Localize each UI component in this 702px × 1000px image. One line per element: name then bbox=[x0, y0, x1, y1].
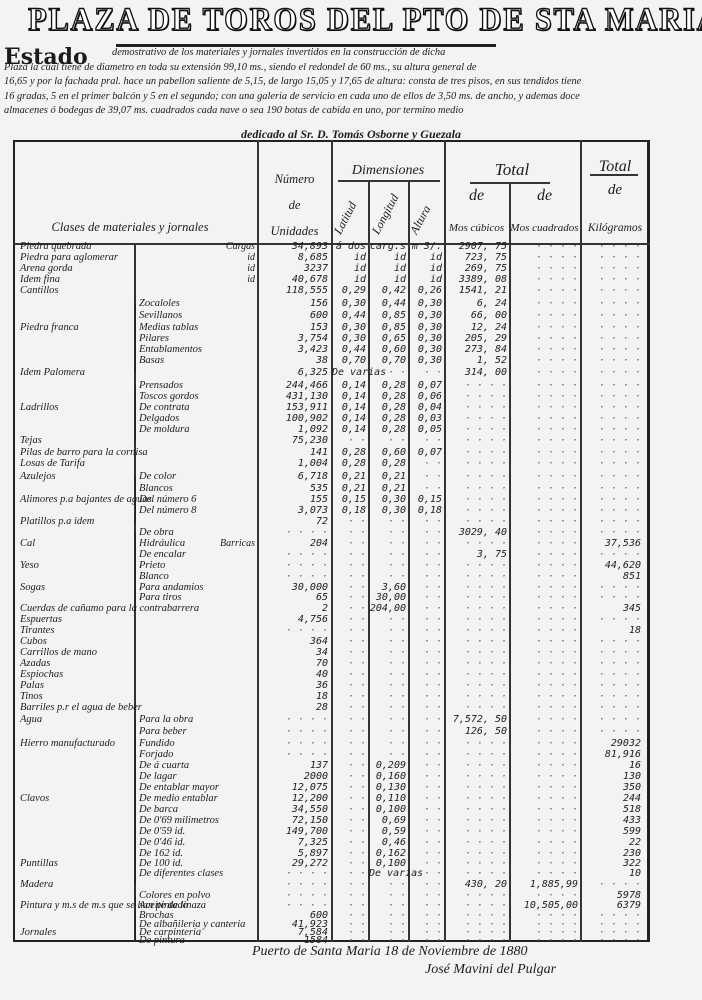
cell-alt: · · bbox=[409, 726, 442, 738]
cell-n: 118,555 bbox=[258, 285, 328, 297]
brace bbox=[135, 385, 136, 442]
cell-sub: De pintura bbox=[139, 935, 185, 947]
cell-lat: · · bbox=[332, 702, 366, 714]
header-de-cub: de bbox=[444, 187, 509, 205]
cell-alt: · · bbox=[409, 458, 442, 470]
cell-cub: · · · · bbox=[445, 471, 507, 483]
header-numero-line: Número bbox=[258, 166, 331, 192]
document-title: PLAZA DE TOROS DEL PTO DE STA MARIA bbox=[28, 2, 674, 39]
cell-alt: 0,30 bbox=[409, 298, 442, 310]
cell-lon: · · bbox=[369, 435, 406, 447]
place-date: Puerto de Santa Maria 18 de Noviembre de… bbox=[252, 944, 528, 960]
cell-cub: · · · · bbox=[445, 702, 507, 714]
cell-cat: Sogas bbox=[20, 582, 45, 594]
cell-kg: · · · · bbox=[581, 935, 641, 947]
cell-cat: Idem Palomera bbox=[20, 367, 85, 379]
cell-lat: · · bbox=[332, 714, 366, 726]
cell-n: 75,230 bbox=[258, 435, 328, 447]
cell-sq: · · · · bbox=[510, 714, 578, 726]
cell-cat: Losas de Tarifa bbox=[20, 458, 85, 470]
cell-cub: 314, 00 bbox=[445, 367, 507, 379]
cell-alt: · · bbox=[409, 471, 442, 483]
cell-sub: Para la obra bbox=[139, 714, 193, 726]
header-de-sq: de bbox=[509, 187, 580, 205]
brace bbox=[135, 532, 136, 566]
cell-cat: Tejas bbox=[20, 435, 42, 447]
cell-cat: Barriles p.r el agua de beber bbox=[20, 702, 142, 714]
header-cubicos: Mos cúbicos bbox=[444, 222, 509, 234]
cell-alt: 0,30 bbox=[409, 310, 442, 322]
dimensiones-rule bbox=[338, 180, 440, 182]
cell-sq: · · · · bbox=[510, 458, 578, 470]
cell-alt: · · bbox=[409, 367, 442, 379]
brace bbox=[135, 743, 136, 767]
cell-lat: 0,30 bbox=[332, 298, 366, 310]
cell-sub: De moldura bbox=[139, 424, 189, 436]
header-numero: Número de Unidades bbox=[258, 166, 331, 244]
brace bbox=[135, 303, 136, 373]
cell-n: 1,004 bbox=[258, 458, 328, 470]
cell-kg: · · · · bbox=[581, 285, 641, 297]
cell-lon: · · bbox=[369, 726, 406, 738]
cell-lat: 0,44 bbox=[332, 310, 366, 322]
cell-cub: · · · · bbox=[445, 458, 507, 470]
cell-sub: Sevillanos bbox=[139, 310, 182, 322]
cell-sub: De diferentes clases bbox=[139, 868, 223, 880]
cell-lon: · · bbox=[369, 714, 406, 726]
cell-sq: · · · · bbox=[510, 435, 578, 447]
total-rule bbox=[470, 182, 550, 184]
cell-kg: · · · · bbox=[581, 714, 641, 726]
intro-text: demostrativo de los materiales y jornale… bbox=[4, 46, 659, 119]
cell-cub: · · · · bbox=[445, 435, 507, 447]
cell-cat: Azulejos bbox=[20, 471, 56, 483]
cell-kg: · · · · bbox=[581, 458, 641, 470]
cell-kg: · · · · bbox=[581, 471, 641, 483]
cell-lat: De varias bbox=[332, 367, 366, 379]
cell-cat: Clavos bbox=[20, 793, 49, 805]
cell-cat: Alimores p.a bajantes de aguas bbox=[20, 494, 152, 506]
cell-n: 156 bbox=[258, 298, 328, 310]
cell-cat: Ladrillos bbox=[20, 402, 59, 414]
cell-cat: Hierro manufacturado bbox=[20, 738, 115, 750]
brace bbox=[135, 924, 136, 942]
cell-cat: Platillos p.a idem bbox=[20, 516, 94, 528]
cell-cub: 126, 50 bbox=[445, 726, 507, 738]
cell-n: · · · · bbox=[258, 714, 328, 726]
intro-line: 16 gradas, 5 en el primer balcón y 5 en … bbox=[4, 90, 659, 105]
header-clases: Clases de materiales y jornales bbox=[30, 220, 230, 235]
cell-lon: 0,44 bbox=[369, 298, 406, 310]
cell-unit: Barricas bbox=[200, 538, 255, 550]
cell-kg: · · · · bbox=[581, 435, 641, 447]
cell-cat: Puntillas bbox=[20, 858, 58, 870]
cell-n: 28 bbox=[258, 702, 328, 714]
cell-alt: · · bbox=[409, 435, 442, 447]
cell-lon: 0,28 bbox=[369, 458, 406, 470]
cell-n: 600 bbox=[258, 310, 328, 322]
cell-cat: Cal bbox=[20, 538, 35, 550]
cell-cub: 1, 52 bbox=[445, 355, 507, 367]
cell-lat: 0,21 bbox=[332, 471, 366, 483]
cell-alt: 0,26 bbox=[409, 285, 442, 297]
cell-sub: Del número 8 bbox=[139, 505, 196, 517]
cell-kg: · · · · bbox=[581, 702, 641, 714]
cell-sub: De color bbox=[139, 471, 176, 483]
header-dimensiones: Dimensiones bbox=[332, 163, 444, 179]
cell-sq: · · · · bbox=[510, 367, 578, 379]
cell-cat: Jornales bbox=[20, 927, 56, 939]
cell-sq: · · · · bbox=[510, 298, 578, 310]
cell-cub: 7,572, 50 bbox=[445, 714, 507, 726]
header-total: Total bbox=[444, 160, 580, 180]
cell-cat: Cantillos bbox=[20, 285, 59, 297]
cell-alt: 0,30 bbox=[409, 355, 442, 367]
cell-lat: · · bbox=[332, 726, 366, 738]
intro-line: 16,65 y por la fachada pral. hace un pab… bbox=[4, 75, 659, 90]
cell-cat: Yeso bbox=[20, 560, 39, 572]
cell-cub: 66, 00 bbox=[445, 310, 507, 322]
cell-lon: 0,42 bbox=[369, 285, 406, 297]
cell-sub: Para beber bbox=[139, 726, 187, 738]
cell-kg: · · · · bbox=[581, 367, 641, 379]
intro-line: Plaza la cual tiene de diametro en toda … bbox=[4, 61, 659, 76]
cell-cub: 1541, 21 bbox=[445, 285, 507, 297]
cell-sub: Zocaloles bbox=[139, 298, 180, 310]
brace bbox=[135, 566, 136, 588]
header-kilogramos: Kilógramos bbox=[580, 222, 650, 234]
brace bbox=[135, 863, 136, 885]
cell-kg: · · · · bbox=[581, 355, 641, 367]
cell-alt: · · bbox=[409, 702, 442, 714]
cell-n: 38 bbox=[258, 355, 328, 367]
brace bbox=[135, 719, 136, 743]
cell-sq: · · · · bbox=[510, 726, 578, 738]
cell-sq: · · · · bbox=[510, 285, 578, 297]
cell-sq: · · · · bbox=[510, 471, 578, 483]
cell-lon: · · bbox=[369, 367, 406, 379]
cell-kg: · · · · bbox=[581, 298, 641, 310]
signature: José Mavini del Pulgar bbox=[425, 962, 556, 978]
header-kg-de: de bbox=[580, 182, 650, 199]
header-numero-line: de bbox=[258, 192, 331, 218]
cell-lat: 0,29 bbox=[332, 285, 366, 297]
cell-lat: 0,28 bbox=[332, 458, 366, 470]
brace bbox=[135, 765, 136, 865]
cell-lat: 0,70 bbox=[332, 355, 366, 367]
cell-lat: · · bbox=[332, 435, 366, 447]
cell-n: · · · · bbox=[258, 726, 328, 738]
cell-alt: · · bbox=[409, 714, 442, 726]
cell-n: 6,325 bbox=[258, 367, 328, 379]
intro-line: demostrativo de los materiales y jornale… bbox=[4, 46, 659, 61]
cell-lon: 0,70 bbox=[369, 355, 406, 367]
cell-cat: Madera bbox=[20, 879, 53, 891]
cell-kg: · · · · bbox=[581, 310, 641, 322]
cell-kg: · · · · bbox=[581, 726, 641, 738]
cell-lon: 0,85 bbox=[369, 310, 406, 322]
cell-sq: · · · · bbox=[510, 702, 578, 714]
cell-lon: 0,21 bbox=[369, 471, 406, 483]
cell-cat: Agua bbox=[20, 714, 42, 726]
cell-lon: · · bbox=[369, 702, 406, 714]
cell-cub: 6, 24 bbox=[445, 298, 507, 310]
intro-line: almacenes ó bodegas de 39,07 ms. cuadrad… bbox=[4, 104, 659, 119]
header-cuadrados: Mos cuadrados bbox=[509, 222, 580, 234]
cell-sq: · · · · bbox=[510, 355, 578, 367]
cell-cat: Piedra franca bbox=[20, 322, 79, 334]
header-kg-total: Total bbox=[580, 158, 650, 176]
cell-sub: Basas bbox=[139, 355, 164, 367]
cell-n: 6,718 bbox=[258, 471, 328, 483]
cell-unit: id bbox=[200, 274, 255, 286]
cell-sq: · · · · bbox=[510, 310, 578, 322]
